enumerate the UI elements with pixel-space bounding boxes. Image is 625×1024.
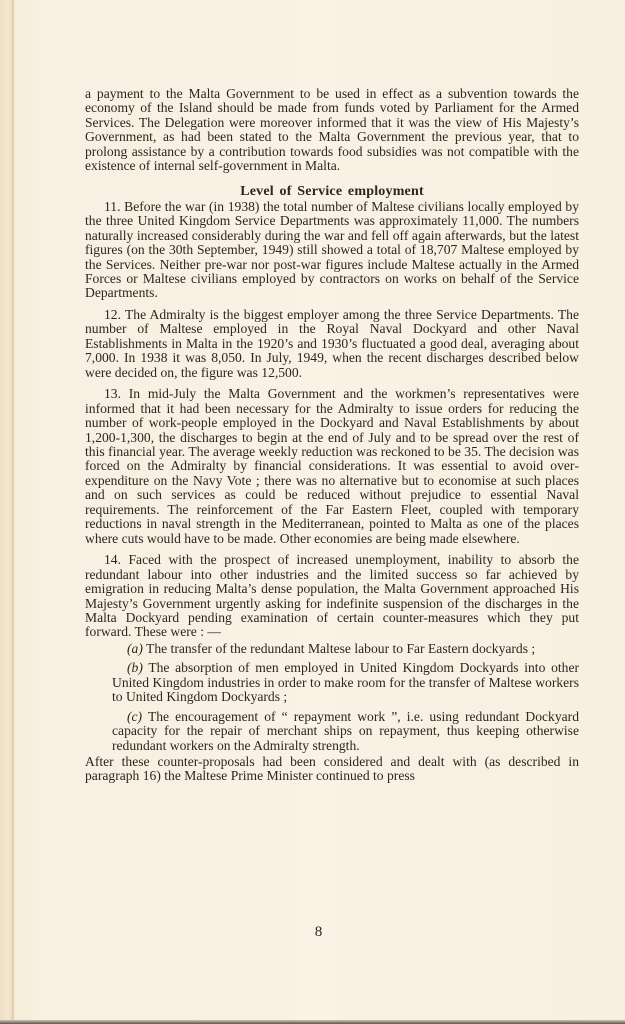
opening-paragraph: a payment to the Malta Government to be …	[85, 87, 579, 174]
paragraph-text: Faced with the prospect of increased une…	[85, 552, 579, 639]
list-text: The transfer of the redundant Maltese la…	[146, 641, 535, 656]
paragraph-14: 14. Faced with the prospect of increased…	[85, 553, 579, 640]
counter-measure-a: (a) The transfer of the redundant Maltes…	[112, 642, 579, 656]
list-text: The encouragement of “ repayment work ”,…	[112, 709, 579, 753]
list-label: (b)	[127, 660, 143, 675]
paragraph-text: Before the war (in 1938) the total numbe…	[85, 199, 579, 301]
counter-measure-b: (b) The absorption of men employed in Un…	[112, 661, 579, 704]
page-bottom-edge	[0, 1020, 625, 1024]
paragraph-11: 11. Before the war (in 1938) the total n…	[85, 200, 579, 301]
paragraph-12: 12. The Admiralty is the biggest employe…	[85, 308, 579, 380]
counter-measure-c: (c) The encouragement of “ repayment wor…	[112, 710, 579, 753]
list-label: (c)	[127, 709, 142, 724]
paragraph-number: 13.	[104, 386, 121, 401]
list-text: The absorption of men employed in United…	[112, 660, 579, 704]
paragraph-number: 14.	[104, 552, 121, 567]
paragraph-text: The Admiralty is the biggest employer am…	[85, 307, 579, 380]
paragraph-text: In mid-July the Malta Government and the…	[85, 386, 579, 546]
scanned-page: a payment to the Malta Government to be …	[0, 0, 625, 1024]
list-label: (a)	[127, 641, 143, 656]
paragraph-number: 11.	[104, 199, 121, 214]
closing-paragraph: After these counter-proposals had been c…	[85, 755, 579, 784]
page-number: 8	[0, 924, 625, 941]
paragraph-number: 12.	[104, 307, 121, 322]
page-fold-line	[12, 0, 14, 1024]
paragraph-13: 13. In mid-July the Malta Government and…	[85, 387, 579, 546]
document-body: a payment to the Malta Government to be …	[85, 87, 579, 784]
section-heading: Level of Service employment	[85, 184, 579, 199]
